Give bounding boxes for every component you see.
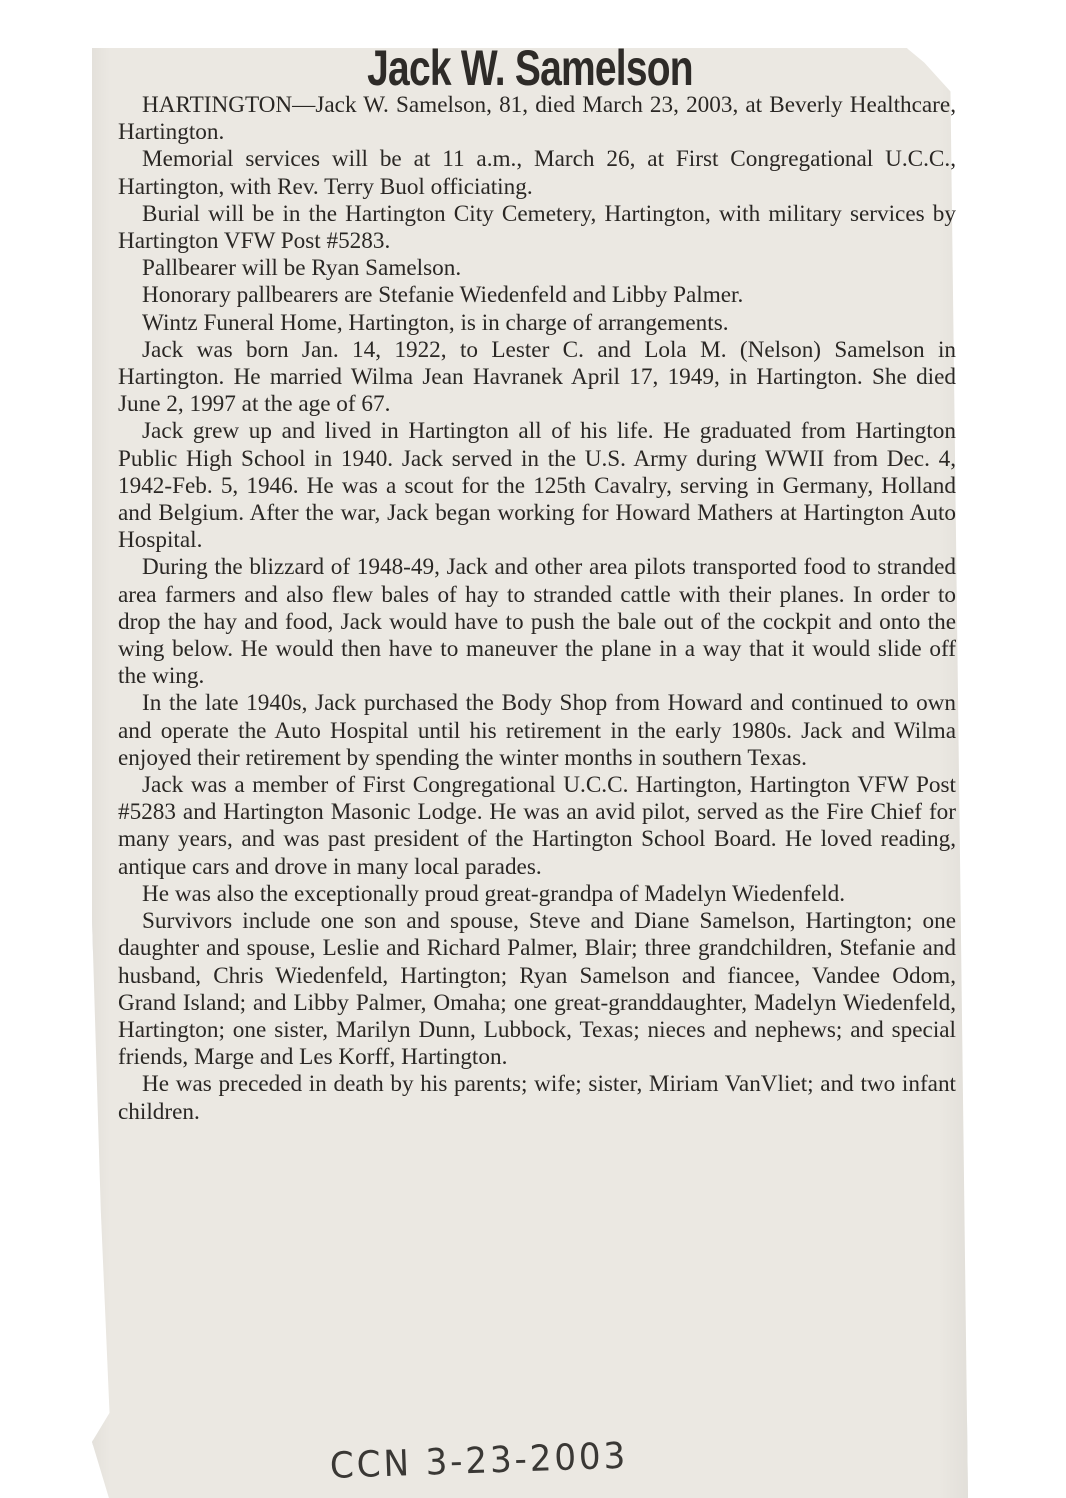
paragraph-honorary-pallbearers: Honorary pallbearers are Stefanie Wieden… [118, 282, 956, 309]
paragraph-birth-marriage: Jack was born Jan. 14, 1922, to Lester C… [118, 337, 956, 419]
paragraph-pallbearer: Pallbearer will be Ryan Samelson. [118, 255, 956, 282]
paragraph-career: In the late 1940s, Jack purchased the Bo… [118, 690, 956, 772]
paragraph-preceded-in-death: He was preceded in death by his parents;… [118, 1071, 956, 1125]
paragraph-early-life-military: Jack grew up and lived in Hartington all… [118, 418, 956, 554]
paragraph-survivors: Survivors include one son and spouse, St… [118, 908, 956, 1071]
paragraph-great-grandpa: He was also the exceptionally proud grea… [118, 881, 956, 908]
paragraph-burial: Burial will be in the Hartington City Ce… [118, 201, 956, 255]
paragraph-memberships: Jack was a member of First Congregationa… [118, 772, 956, 881]
paragraph-funeral-home: Wintz Funeral Home, Hartington, is in ch… [118, 310, 956, 337]
obituary-body: HARTINGTON—Jack W. Samelson, 81, died Ma… [118, 92, 956, 1126]
obituary-headline: Jack W. Samelson [188, 38, 871, 98]
paragraph-blizzard: During the blizzard of 1948-49, Jack and… [118, 554, 956, 690]
paragraph-memorial-services: Memorial services will be at 11 a.m., Ma… [118, 146, 956, 200]
paragraph-death-notice: HARTINGTON—Jack W. Samelson, 81, died Ma… [118, 92, 956, 146]
